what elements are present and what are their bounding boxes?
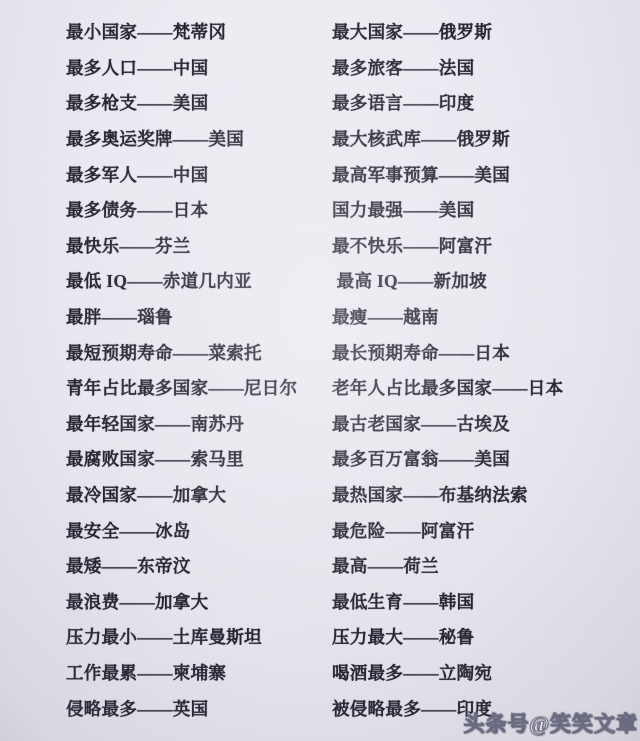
list-entry-left: 最腐败国家——索马里 [66,446,332,471]
list-entry-left: 最低 IQ——赤道几内亚 [66,268,332,293]
list-entry-left: 最冷国家——加拿大 [66,482,332,507]
list-row: 最多债务——日本 国力最强——美国 [66,192,640,228]
list-entry-left: 最短预期寿命——菜索托 [66,340,332,365]
photo-background: 最小国家——梵蒂冈 最大国家——俄罗斯 最多人口——中国 最多旅客——法国 最多… [0,0,640,741]
country-superlatives-list: 最小国家——梵蒂冈 最大国家——俄罗斯 最多人口——中国 最多旅客——法国 最多… [66,14,640,726]
list-entry-left: 青年占比最多国家——尼日尔 [66,375,332,400]
list-entry-left: 最快乐——芬兰 [66,233,332,258]
list-row: 最多奥运奖牌——美国 最大核武库——俄罗斯 [66,121,640,157]
list-entry-right: 最热国家——布基纳法索 [332,482,640,507]
list-entry-right: 国力最强——美国 [332,197,640,222]
list-entry-right: 最高 IQ——新加坡 [332,268,640,293]
list-entry-left: 工作最累——柬埔寨 [66,660,332,685]
list-row: 最腐败国家——索马里 最多百万富翁——美国 [66,441,640,477]
list-row: 最小国家——梵蒂冈 最大国家——俄罗斯 [66,14,640,50]
list-entry-right: 喝酒最多——立陶宛 [332,660,640,685]
list-entry-right: 老年人占比最多国家——日本 [332,375,640,400]
list-row: 最安全——冰岛 最危险——阿富汗 [66,512,640,548]
list-row: 最低 IQ——赤道几内亚 最高 IQ——新加坡 [66,263,640,299]
list-row: 最浪费——加拿大 最低生育——韩国 [66,584,640,620]
list-entry-right: 最高——荷兰 [332,553,640,578]
list-row: 工作最累——柬埔寨 喝酒最多——立陶宛 [66,655,640,691]
list-entry-right: 最瘦——越南 [332,304,640,329]
list-entry-left: 最浪费——加拿大 [66,589,332,614]
list-entry-right: 最高军事预算——美国 [332,162,640,187]
list-entry-left: 最多人口——中国 [66,55,332,80]
list-entry-right: 最古老国家——古埃及 [332,411,640,436]
toutiao-account-watermark: 头条号@笑笑文章 [463,708,638,738]
list-entry-right: 最多百万富翁——美国 [332,446,640,471]
list-entry-left: 最矮——东帝汶 [66,553,332,578]
list-row: 最多人口——中国 最多旅客——法国 [66,50,640,86]
list-row: 最多军人——中国 最高军事预算——美国 [66,156,640,192]
list-entry-right: 最不快乐——阿富汗 [332,233,640,258]
list-row: 最短预期寿命——菜索托 最长预期寿命——日本 [66,334,640,370]
list-entry-right: 最大国家——俄罗斯 [332,19,640,44]
list-row: 最冷国家——加拿大 最热国家——布基纳法索 [66,477,640,513]
list-entry-left: 最多奥运奖牌——美国 [66,126,332,151]
list-entry-left: 最多枪支——美国 [66,90,332,115]
list-row: 最矮——东帝汶 最高——荷兰 [66,548,640,584]
list-entry-right: 最多旅客——法国 [332,55,640,80]
list-row: 最胖——瑙鲁 最瘦——越南 [66,299,640,335]
list-entry-left: 侵略最多——英国 [66,696,332,721]
list-row: 压力最小——土库曼斯坦 压力最大——秘鲁 [66,619,640,655]
list-entry-right: 最危险——阿富汗 [332,518,640,543]
list-entry-left: 最年轻国家——南苏丹 [66,411,332,436]
list-entry-left: 最安全——冰岛 [66,518,332,543]
list-row: 最年轻国家——南苏丹 最古老国家——古埃及 [66,406,640,442]
list-row: 青年占比最多国家——尼日尔 老年人占比最多国家——日本 [66,370,640,406]
list-entry-right: 压力最大——秘鲁 [332,624,640,649]
list-entry-left: 压力最小——土库曼斯坦 [66,624,332,649]
list-row: 最多枪支——美国 最多语言——印度 [66,85,640,121]
list-entry-right: 最低生育——韩国 [332,589,640,614]
list-row: 最快乐——芬兰 最不快乐——阿富汗 [66,228,640,264]
list-entry-right: 最大核武库——俄罗斯 [332,126,640,151]
list-entry-left: 最小国家——梵蒂冈 [66,19,332,44]
list-entry-left: 最多军人——中国 [66,162,332,187]
list-entry-right: 最多语言——印度 [332,90,640,115]
list-entry-left: 最胖——瑙鲁 [66,304,332,329]
list-entry-right: 最长预期寿命——日本 [332,340,640,365]
list-entry-left: 最多债务——日本 [66,197,332,222]
